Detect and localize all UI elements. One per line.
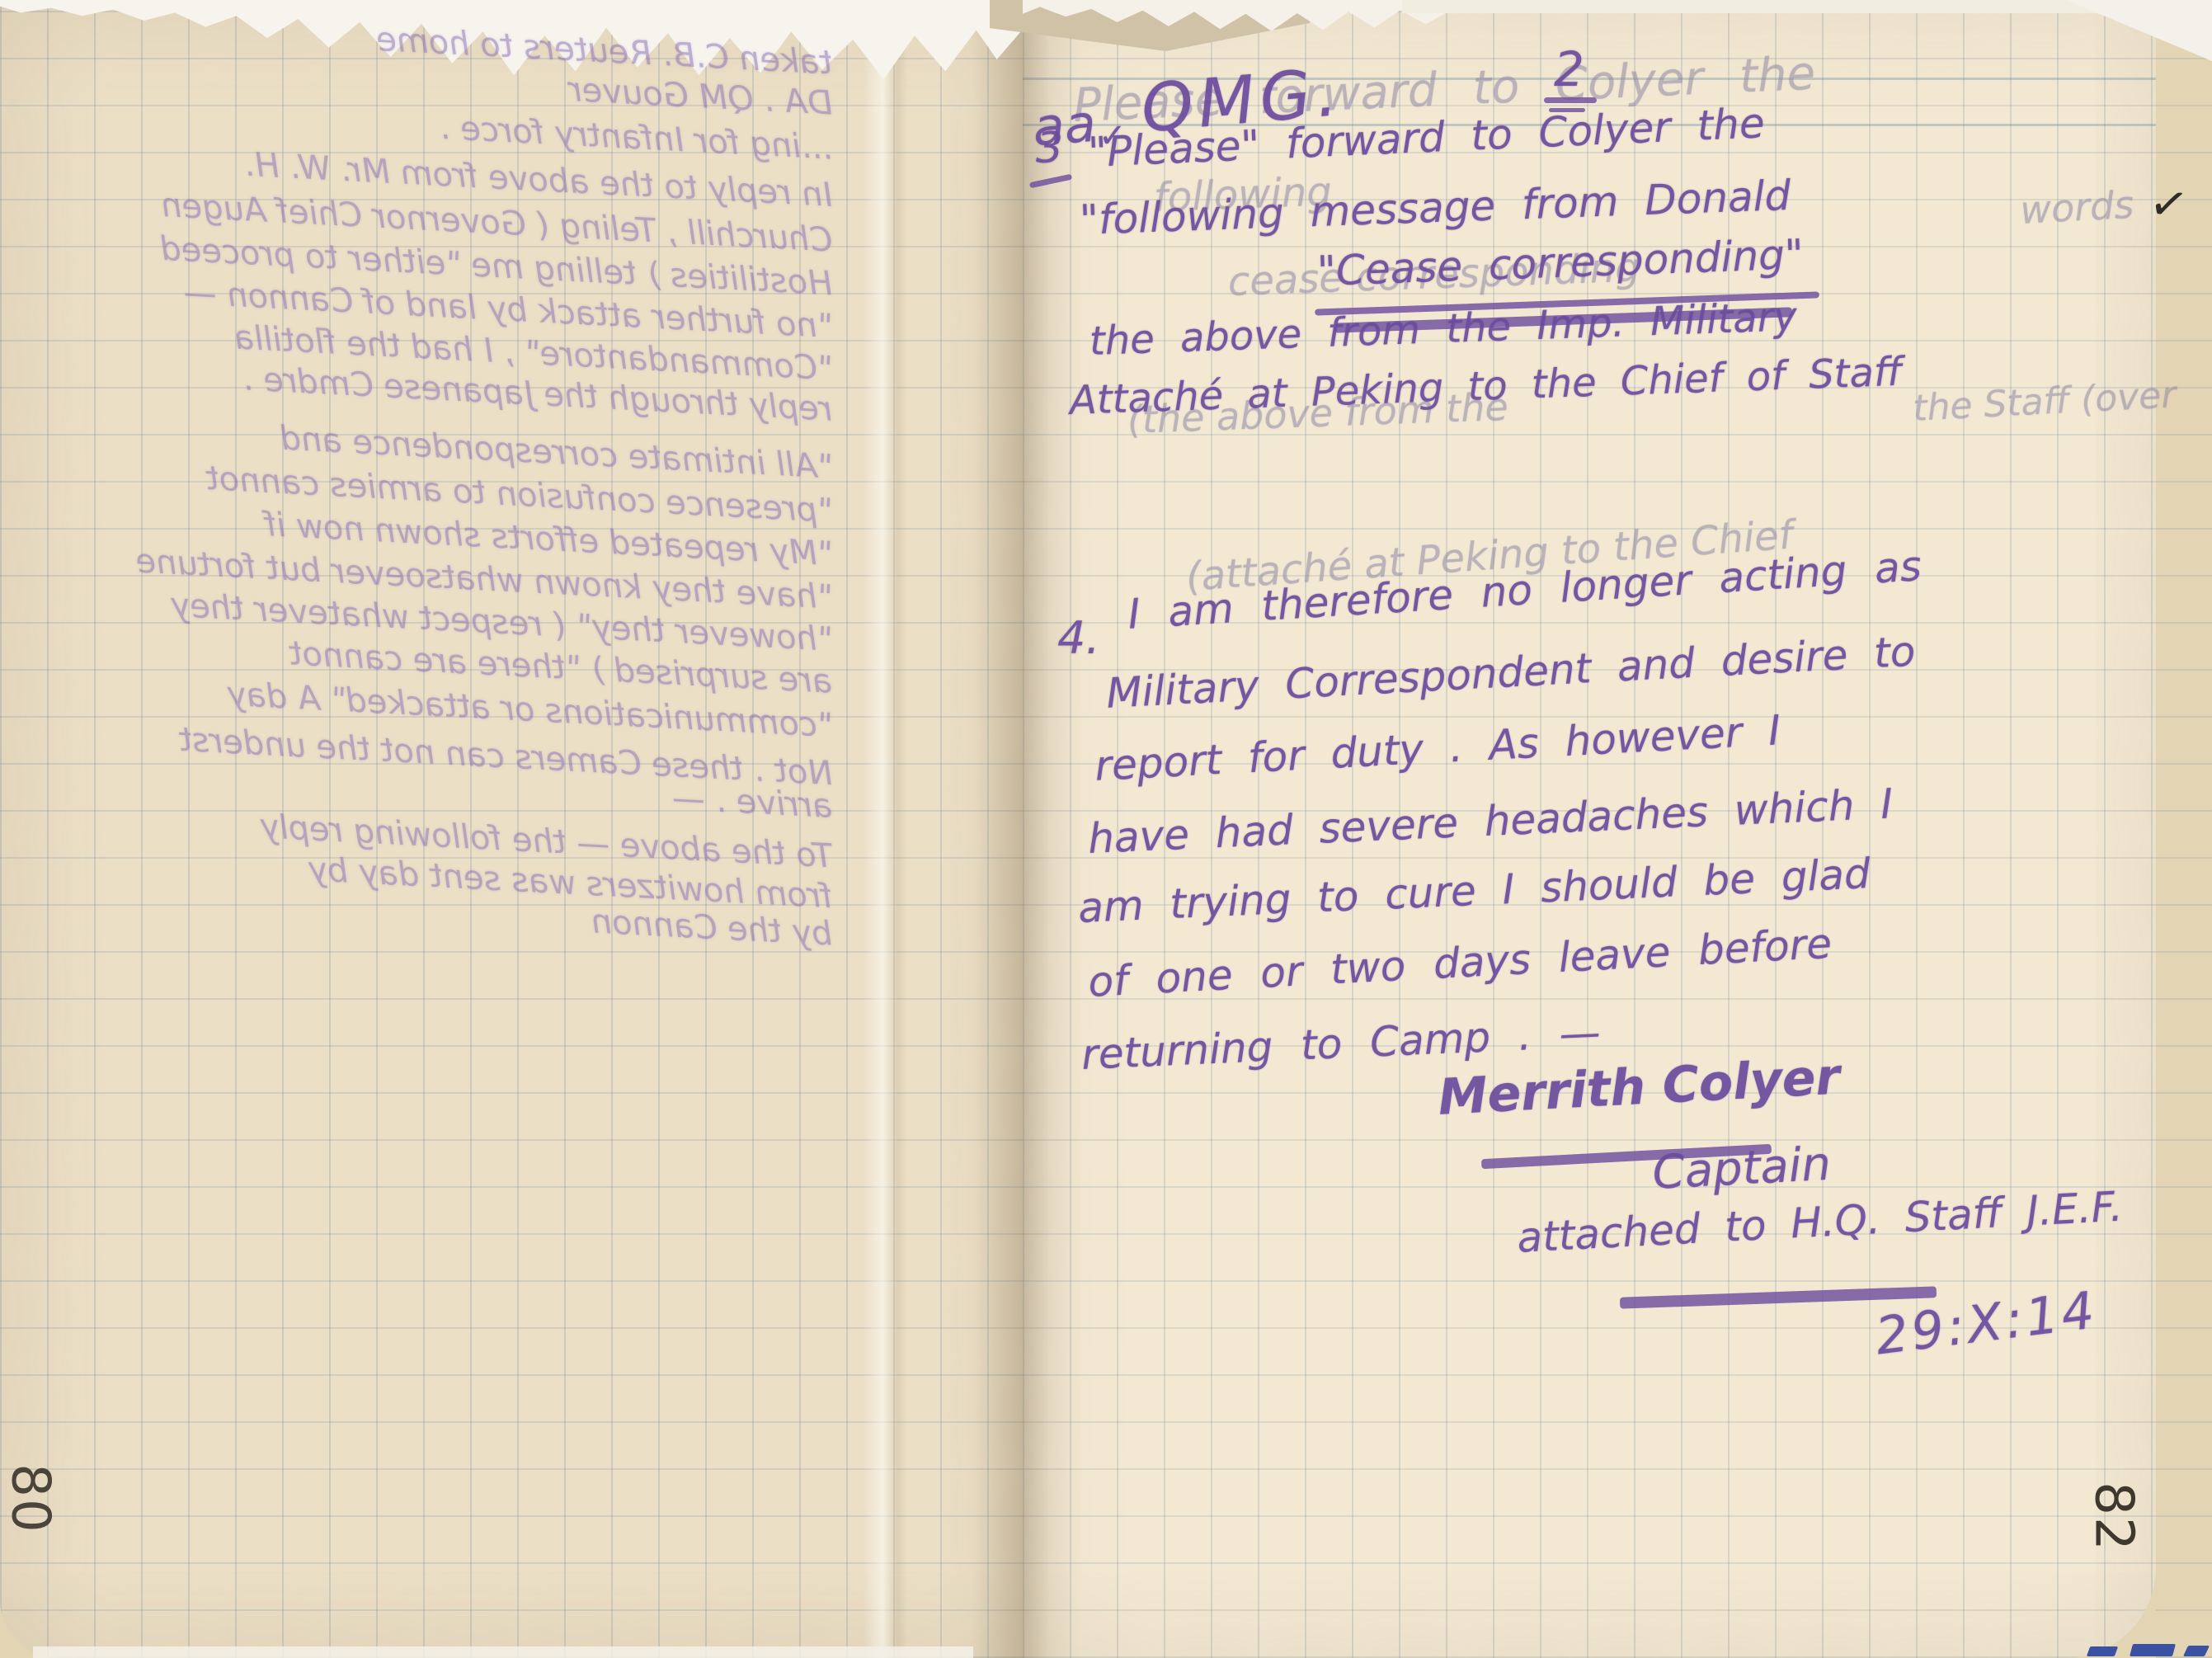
item-number-4: 4. <box>1057 612 1100 664</box>
page-number-left: 80 <box>0 1463 61 1533</box>
page-top-edge <box>1402 0 2156 13</box>
notebook-scan: taken C.B. Reuters to home DA . QM Gouve… <box>0 0 2212 1658</box>
page-heading-number: 2 <box>1554 41 1584 97</box>
ghost-line: words <box>2019 182 2134 233</box>
underlying-page-edge <box>2156 0 2212 1658</box>
edge-print-mark <box>2087 1646 2118 1656</box>
page-number-right: 82 <box>2083 1481 2144 1552</box>
item-number-3: 3 <box>1036 124 1063 173</box>
page-bottom-edge <box>33 1646 973 1658</box>
signature-rank: Captain <box>1651 1138 1832 1200</box>
underline-stroke <box>1544 97 1597 103</box>
edge-print-mark <box>2130 1644 2176 1656</box>
